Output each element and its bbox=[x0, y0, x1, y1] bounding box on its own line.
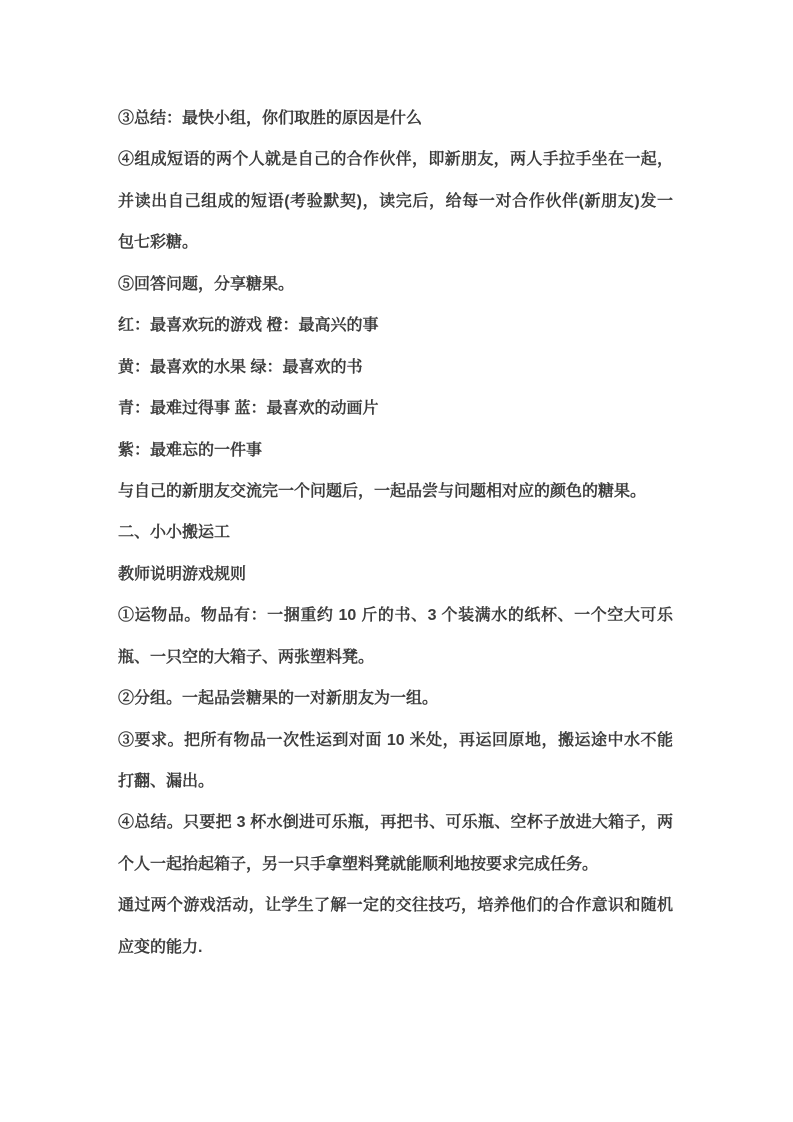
doc-line: 打翻、漏出。 bbox=[118, 761, 673, 802]
doc-line: ③总结：最快小组，你们取胜的原因是什么 bbox=[118, 98, 673, 139]
subsection-label: 教师说明游戏规则 bbox=[118, 554, 673, 595]
doc-line: ④总结。只要把 3 杯水倒进可乐瓶，再把书、可乐瓶、空杯子放进大箱子，两 bbox=[118, 802, 673, 843]
doc-line: ⑤回答问题，分享糖果。 bbox=[118, 264, 673, 305]
doc-line: ②分组。一起品尝糖果的一对新朋友为一组。 bbox=[118, 678, 673, 719]
document-body: ③总结：最快小组，你们取胜的原因是什么 ④组成短语的两个人就是自己的合作伙伴，即… bbox=[118, 98, 673, 968]
doc-line: 并读出自己组成的短语(考验默契)，读完后，给每一对合作伙伴(新朋友)发一 bbox=[118, 181, 673, 222]
doc-line-color-red-orange: 红：最喜欢玩的游戏 橙：最高兴的事 bbox=[118, 305, 673, 346]
doc-line: 与自己的新朋友交流完一个问题后，一起品尝与问题相对应的颜色的糖果。 bbox=[118, 471, 673, 512]
doc-line-color-purple: 紫：最难忘的一件事 bbox=[118, 430, 673, 471]
doc-line: ③要求。把所有物品一次性运到对面 10 米处，再运回原地，搬运途中水不能 bbox=[118, 720, 673, 761]
doc-line: 通过两个游戏活动，让学生了解一定的交往技巧，培养他们的合作意识和随机 bbox=[118, 885, 673, 926]
section-heading: 二、小小搬运工 bbox=[118, 512, 673, 553]
document-page: ③总结：最快小组，你们取胜的原因是什么 ④组成短语的两个人就是自己的合作伙伴，即… bbox=[0, 0, 793, 1122]
doc-line: 个人一起抬起箱子，另一只手拿塑料凳就能顺利地按要求完成任务。 bbox=[118, 844, 673, 885]
doc-line: 包七彩糖。 bbox=[118, 222, 673, 263]
doc-line: ①运物品。物品有：一捆重约 10 斤的书、3 个装满水的纸杯、一个空大可乐 bbox=[118, 595, 673, 636]
doc-line-color-yellow-green: 黄：最喜欢的水果 绿：最喜欢的书 bbox=[118, 347, 673, 388]
doc-line-color-cyan-blue: 青：最难过得事 蓝：最喜欢的动画片 bbox=[118, 388, 673, 429]
doc-line: 应变的能力. bbox=[118, 927, 673, 968]
doc-line: 瓶、一只空的大箱子、两张塑料凳。 bbox=[118, 637, 673, 678]
doc-line: ④组成短语的两个人就是自己的合作伙伴，即新朋友，两人手拉手坐在一起， bbox=[118, 139, 673, 180]
